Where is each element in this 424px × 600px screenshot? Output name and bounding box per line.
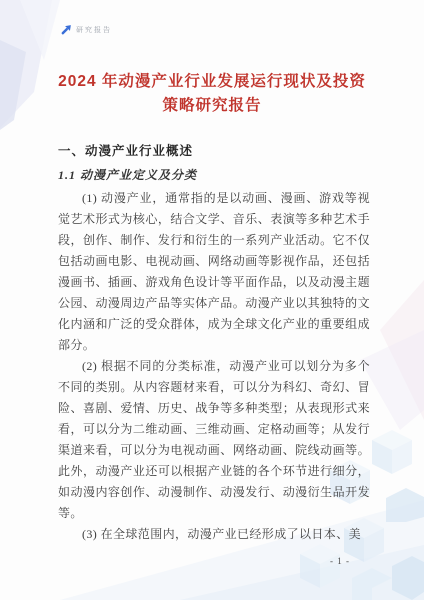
report-page: 研究报告 2024 年动漫产业行业发展运行现状及投资 策略研究报告 一、动漫产业… <box>0 0 424 600</box>
document-body: 一、动漫产业行业概述 1.1 动漫产业定义及分类 (1) 动漫产业，通常指的是以… <box>58 143 370 545</box>
header: 研究报告 <box>61 24 112 35</box>
section-heading: 一、动漫产业行业概述 <box>58 143 370 159</box>
report-title-line2: 策略研究报告 <box>162 97 261 114</box>
paragraph-2: (2) 根据不同的分类标准，动漫产业可以划分为多个不同的类别。从内容题材来看，可… <box>58 356 370 524</box>
page-number: - 1 - <box>330 556 350 566</box>
arrow-up-right-icon <box>61 24 72 35</box>
paragraph-1: (1) 动漫产业，通常指的是以动画、漫画、游戏等视觉艺术形式为核心，结合文学、音… <box>58 188 370 356</box>
paragraph-3: (3) 在全球范围内，动漫产业已经形成了以日本、美 <box>58 524 370 545</box>
subsection-heading: 1.1 动漫产业定义及分类 <box>58 167 370 183</box>
logo-text: 研究报告 <box>76 25 112 35</box>
report-title-line1: 2024 年动漫产业行业发展运行现状及投资 <box>58 73 366 90</box>
report-title: 2024 年动漫产业行业发展运行现状及投资 策略研究报告 <box>30 70 394 118</box>
